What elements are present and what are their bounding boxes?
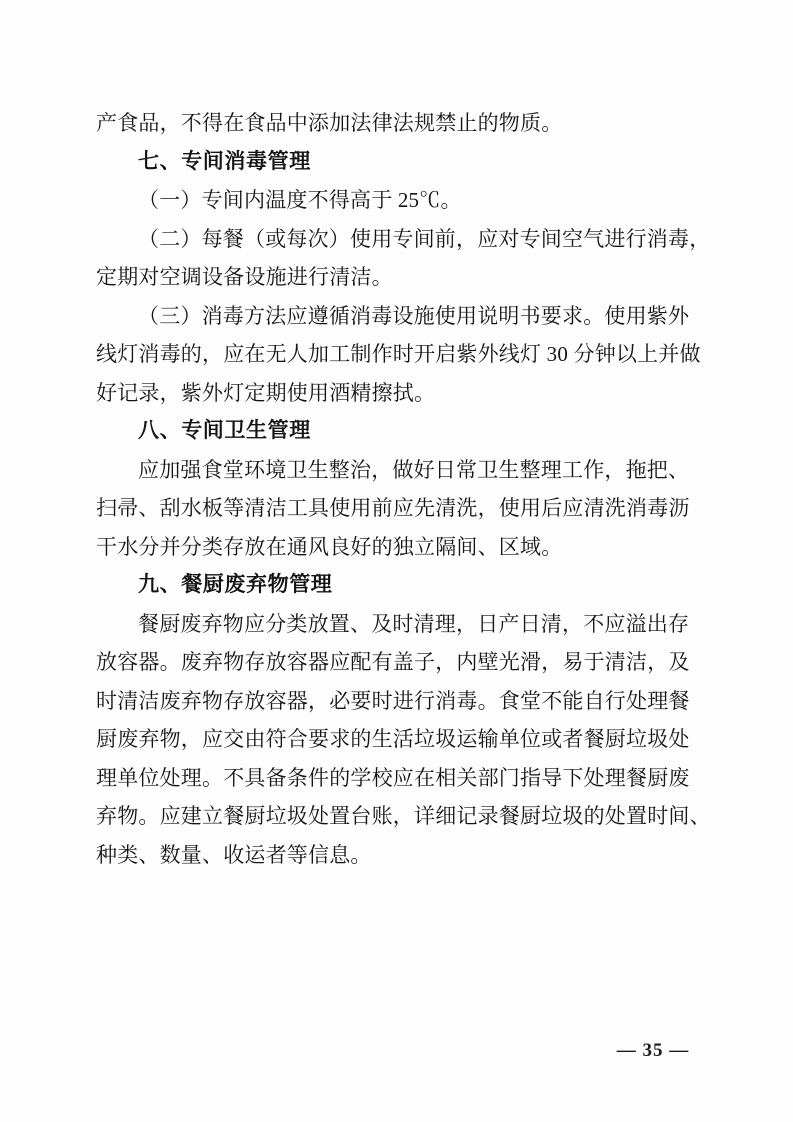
document-body: 产食品，不得在食品中添加法律法规禁止的物质。七、专间消毒管理（一）专间内温度不得… <box>96 104 706 874</box>
text-line: 种类、数量、收运者等信息。 <box>96 836 706 875</box>
text-line: 弃物。应建立餐厨垃圾处置台账，详细记录餐厨垃圾的处置时间、 <box>96 797 706 836</box>
text-line: 好记录，紫外灯定期使用酒精擦拭。 <box>96 374 706 413</box>
text-line: 厨废弃物，应交由符合要求的生活垃圾运输单位或者餐厨垃圾处 <box>96 720 706 759</box>
text-line: 干水分并分类存放在通风良好的独立隔间、区域。 <box>96 528 706 567</box>
text-line: （一）专间内温度不得高于 25℃。 <box>96 181 706 220</box>
section-heading: 七、专间消毒管理 <box>96 143 706 182</box>
text-line: 理单位处理。不具备条件的学校应在相关部门指导下处理餐厨废 <box>96 759 706 798</box>
text-line: （二）每餐（或每次）使用专间前，应对专间空气进行消毒， <box>96 220 706 259</box>
text-line: 定期对空调设备设施进行清洁。 <box>96 258 706 297</box>
text-line: 线灯消毒的，应在无人加工制作时开启紫外线灯 30 分钟以上并做 <box>96 335 706 374</box>
text-line: 放容器。废弃物存放容器应配有盖子，内壁光滑，易于清洁，及 <box>96 643 706 682</box>
document-page: 产食品，不得在食品中添加法律法规禁止的物质。七、专间消毒管理（一）专间内温度不得… <box>0 0 793 1122</box>
text-line: （三）消毒方法应遵循消毒设施使用说明书要求。使用紫外 <box>96 297 706 336</box>
text-line: 餐厨废弃物应分类放置、及时清理，日产日清，不应溢出存 <box>96 605 706 644</box>
section-heading: 九、餐厨废弃物管理 <box>96 566 706 605</box>
page-number: — 35 — <box>603 1036 703 1066</box>
text-line: 产食品，不得在食品中添加法律法规禁止的物质。 <box>96 104 706 143</box>
text-line: 时清洁废弃物存放容器，必要时进行消毒。食堂不能自行处理餐 <box>96 682 706 721</box>
text-line: 扫帚、刮水板等清洁工具使用前应先清洗，使用后应清洗消毒沥 <box>96 489 706 528</box>
text-line: 应加强食堂环境卫生整治，做好日常卫生整理工作，拖把、 <box>96 451 706 490</box>
section-heading: 八、专间卫生管理 <box>96 412 706 451</box>
